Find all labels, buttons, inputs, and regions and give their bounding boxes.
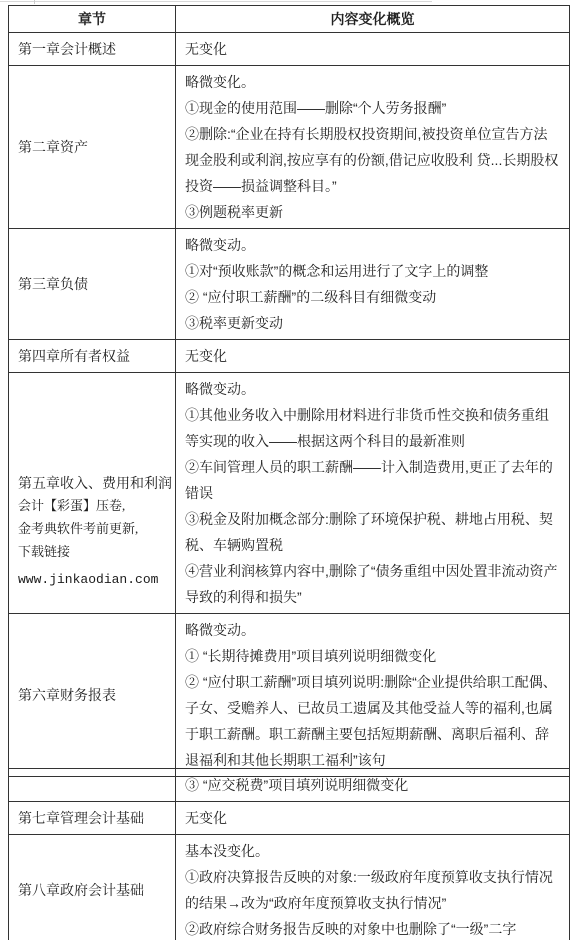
change-cell: 略微变化。 ①现金的使用范围——删除“个人劳务报酬” ②删除:“企业在持有长期股… [176, 66, 570, 229]
change-overview-table: 章节 内容变化概览 第一章会计概述 无变化 第二章资产 略微变化。 ①现金的使用… [8, 5, 570, 777]
change-cell: 无变化 [176, 340, 570, 373]
chapter-name: 第三章负债 [18, 276, 88, 292]
table-row: 第六章财务报表 略微变动。 ① “长期待摊费用”项目填列说明细微变化 ② “应付… [9, 614, 570, 777]
table-row: 第五章收入、费用和利润 会计【彩蛋】压卷, 金考典软件考前更新, 下载链接 ww… [9, 373, 570, 614]
promo-line: 金考典软件考前更新, [18, 518, 173, 539]
header-overview: 内容变化概览 [176, 6, 570, 33]
change-line: 略微变动。 [185, 232, 561, 258]
chapter-cell: 第七章管理会计基础 [9, 802, 176, 835]
chapter-name: 第六章财务报表 [18, 687, 116, 703]
top-remnant-tick [34, 0, 35, 4]
table-row: 第七章管理会计基础 无变化 [9, 802, 570, 835]
change-line: 略微变动。 [185, 376, 561, 402]
change-cell: 略微变动。 ①对“预收账款”的概念和运用进行了文字上的调整 ② “应付职工薪酬”… [176, 229, 570, 340]
chapter-cell: 第四章所有者权益 [9, 340, 176, 373]
change-cell: ③ “应交税费”项目填列说明细微变化 [176, 769, 570, 802]
change-line: ③例题税率更新 [185, 199, 561, 225]
table-row: 第三章负债 略微变动。 ①对“预收账款”的概念和运用进行了文字上的调整 ② “应… [9, 229, 570, 340]
change-line: ③ “应交税费”项目填列说明细微变化 [185, 772, 561, 798]
change-line: 略微变化。 [185, 69, 561, 95]
promo-line: 下载链接 [18, 541, 173, 562]
change-cell: 基本没变化。 ①政府决算报告反映的对象:一级政府年度预算收支执行情况的结果→改为… [176, 835, 570, 940]
table-row: 第四章所有者权益 无变化 [9, 340, 570, 373]
change-cell: 无变化 [176, 33, 570, 66]
table-row: 第二章资产 略微变化。 ①现金的使用范围——删除“个人劳务报酬” ②删除:“企业… [9, 66, 570, 229]
change-line: ① “长期待摊费用”项目填列说明细微变化 [185, 643, 561, 669]
change-line: 略微变动。 [185, 617, 561, 643]
table-row: 第八章政府会计基础 基本没变化。 ①政府决算报告反映的对象:一级政府年度预算收支… [9, 835, 570, 940]
change-line: 基本没变化。 [185, 838, 561, 864]
promo-block: 会计【彩蛋】压卷, 金考典软件考前更新, 下载链接 www.jinkaodian… [18, 495, 173, 590]
chapter-cell: 第六章财务报表 [9, 614, 176, 777]
change-line: ② “应付职工薪酬”的二级科目有细微变动 [185, 284, 561, 310]
change-overview-table-continued: ③ “应交税费”项目填列说明细微变化 第七章管理会计基础 无变化 第八章政府会计… [8, 768, 570, 940]
table-row: 第一章会计概述 无变化 [9, 33, 570, 66]
chapter-cell: 第五章收入、费用和利润 会计【彩蛋】压卷, 金考典软件考前更新, 下载链接 ww… [9, 373, 176, 614]
change-line: ①现金的使用范围——删除“个人劳务报酬” [185, 95, 561, 121]
chapter-cell [9, 769, 176, 802]
promo-url: www.jinkaodian.com [18, 570, 173, 590]
chapter-name: 第一章会计概述 [18, 41, 116, 57]
table-row: ③ “应交税费”项目填列说明细微变化 [9, 769, 570, 802]
change-line: ①对“预收账款”的概念和运用进行了文字上的调整 [185, 258, 561, 284]
promo-line: 会计【彩蛋】压卷, [18, 495, 173, 516]
change-line: ②车间管理人员的职工薪酬——计入制造费用,更正了去年的错误 [185, 454, 561, 506]
chapter-name: 第五章收入、费用和利润 [18, 475, 172, 491]
change-cell: 略微变动。 ①其他业务收入中删除用材料进行非货币性交换和债务重组等实现的收入——… [176, 373, 570, 614]
change-cell: 略微变动。 ① “长期待摊费用”项目填列说明细微变化 ② “应付职工薪酬”项目填… [176, 614, 570, 777]
chapter-name: 第七章管理会计基础 [18, 810, 144, 826]
change-cell: 无变化 [176, 802, 570, 835]
chapter-name: 第二章资产 [18, 139, 88, 155]
change-line: ②删除:“企业在持有长期股权投资期间,被投资单位宣告方法现金股利或利润,按应享有… [185, 121, 561, 199]
change-line: ②政府综合财务报告反映的对象中也删除了“一级”二字 [185, 916, 561, 940]
change-line: 无变化 [185, 343, 561, 369]
chapter-name: 第八章政府会计基础 [18, 882, 144, 898]
chapter-cell: 第二章资产 [9, 66, 176, 229]
chapter-cell: 第八章政府会计基础 [9, 835, 176, 940]
chapter-cell: 第三章负债 [9, 229, 176, 340]
document-page: 章节 内容变化概览 第一章会计概述 无变化 第二章资产 略微变化。 ①现金的使用… [0, 0, 577, 940]
change-line: ③税率更新变动 [185, 310, 561, 336]
change-line: ④营业利润核算内容中,删除了“债务重组中因处置非流动资产导致的利得和损失” [185, 558, 561, 610]
top-remnant-line [0, 1, 432, 2]
chapter-name: 第四章所有者权益 [18, 348, 130, 364]
change-line: 无变化 [185, 805, 561, 831]
chapter-cell: 第一章会计概述 [9, 33, 176, 66]
change-line: ①其他业务收入中删除用材料进行非货币性交换和债务重组等实现的收入——根据这两个科… [185, 402, 561, 454]
change-line: ③税金及附加概念部分:删除了环境保护税、耕地占用税、契税、车辆购置税 [185, 506, 561, 558]
change-line: 无变化 [185, 36, 561, 62]
header-row: 章节 内容变化概览 [9, 6, 570, 33]
change-line: ② “应付职工薪酬”项目填列说明:删除“企业提供给职工配偶、子女、受赡养人、已故… [185, 669, 561, 773]
change-line: ①政府决算报告反映的对象:一级政府年度预算收支执行情况的结果→改为“政府年度预算… [185, 864, 561, 916]
header-chapter: 章节 [9, 6, 176, 33]
